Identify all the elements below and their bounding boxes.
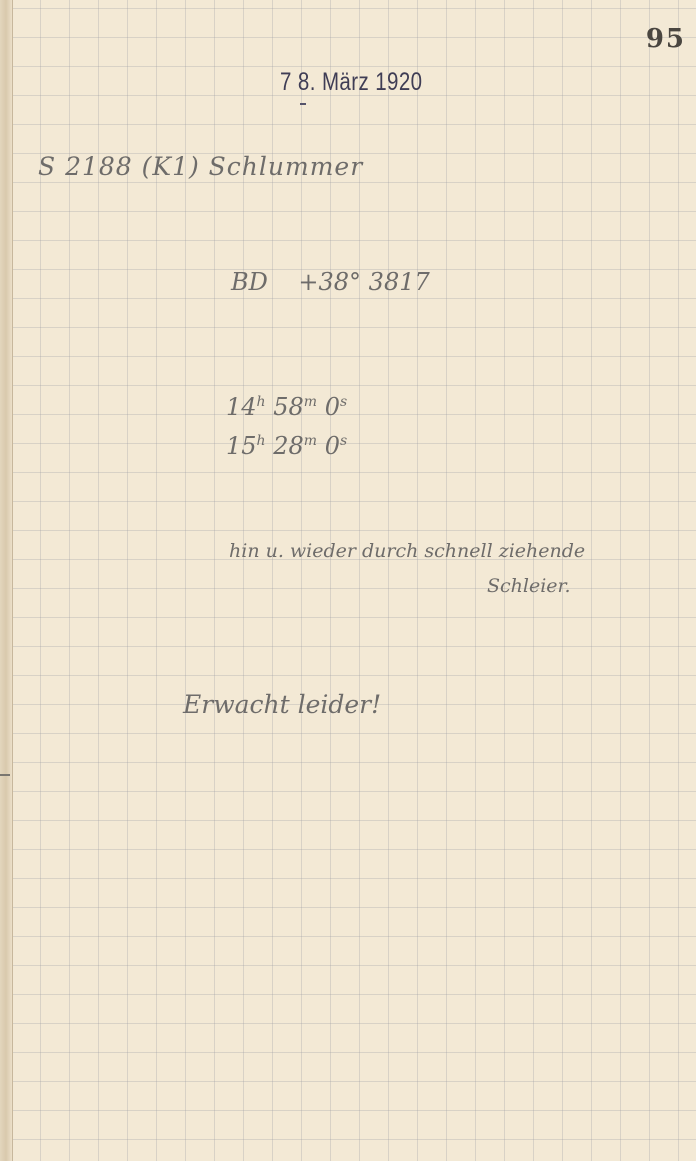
- notebook-page: 95 7 8. März 1920 S 2188 (K1) Schlummer …: [0, 0, 696, 1161]
- page-number: 95: [646, 24, 686, 54]
- catalog-value: +38° 3817: [298, 268, 429, 296]
- catalog-label: BD: [231, 268, 268, 296]
- spine-mark: [0, 774, 10, 776]
- catalog-reference: BD +38° 3817: [231, 268, 430, 296]
- date-stamp: 7 8. März 1920: [280, 68, 422, 97]
- stamp-tick-mark: [300, 103, 306, 105]
- time-range: 14h 58m 0s 15h 28m 0s: [226, 385, 347, 463]
- observation-note-line1: hin u. wieder durch schnell ziehende: [229, 540, 585, 562]
- time-start: 14h 58m 0s: [226, 385, 347, 424]
- closing-note: Erwacht leider!: [183, 690, 381, 719]
- object-designation: S 2188 (K1) Schlummer: [38, 152, 363, 181]
- time-end: 15h 28m 0s: [226, 424, 347, 463]
- observation-note-line2: Schleier.: [487, 575, 571, 597]
- page-spine-edge: [0, 0, 13, 1161]
